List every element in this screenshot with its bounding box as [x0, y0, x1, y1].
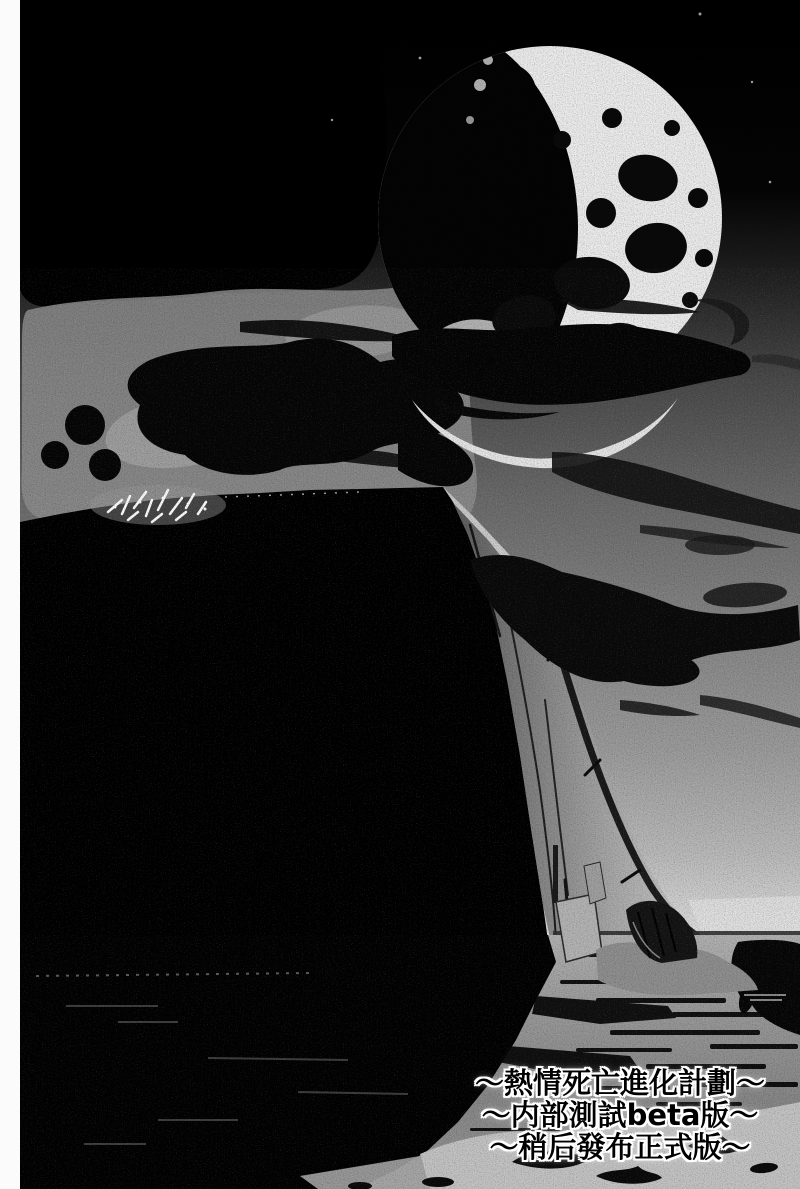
caption-line-2: ～内部測試beta版～ — [430, 1099, 800, 1131]
caption-line-3: ～稍后發布正式版～ — [430, 1131, 800, 1163]
scene-artwork — [0, 0, 800, 1189]
page-margin — [0, 0, 20, 1189]
manga-page: ～熱情死亡進化計劃～ ～内部測試beta版～ ～稍后發布正式版～ — [0, 0, 800, 1189]
caption-line-1: ～熱情死亡進化計劃～ — [430, 1067, 800, 1099]
halftone-grain-light — [20, 268, 800, 1189]
caption-block: ～熱情死亡進化計劃～ ～内部測試beta版～ ～稍后發布正式版～ — [430, 1067, 800, 1163]
